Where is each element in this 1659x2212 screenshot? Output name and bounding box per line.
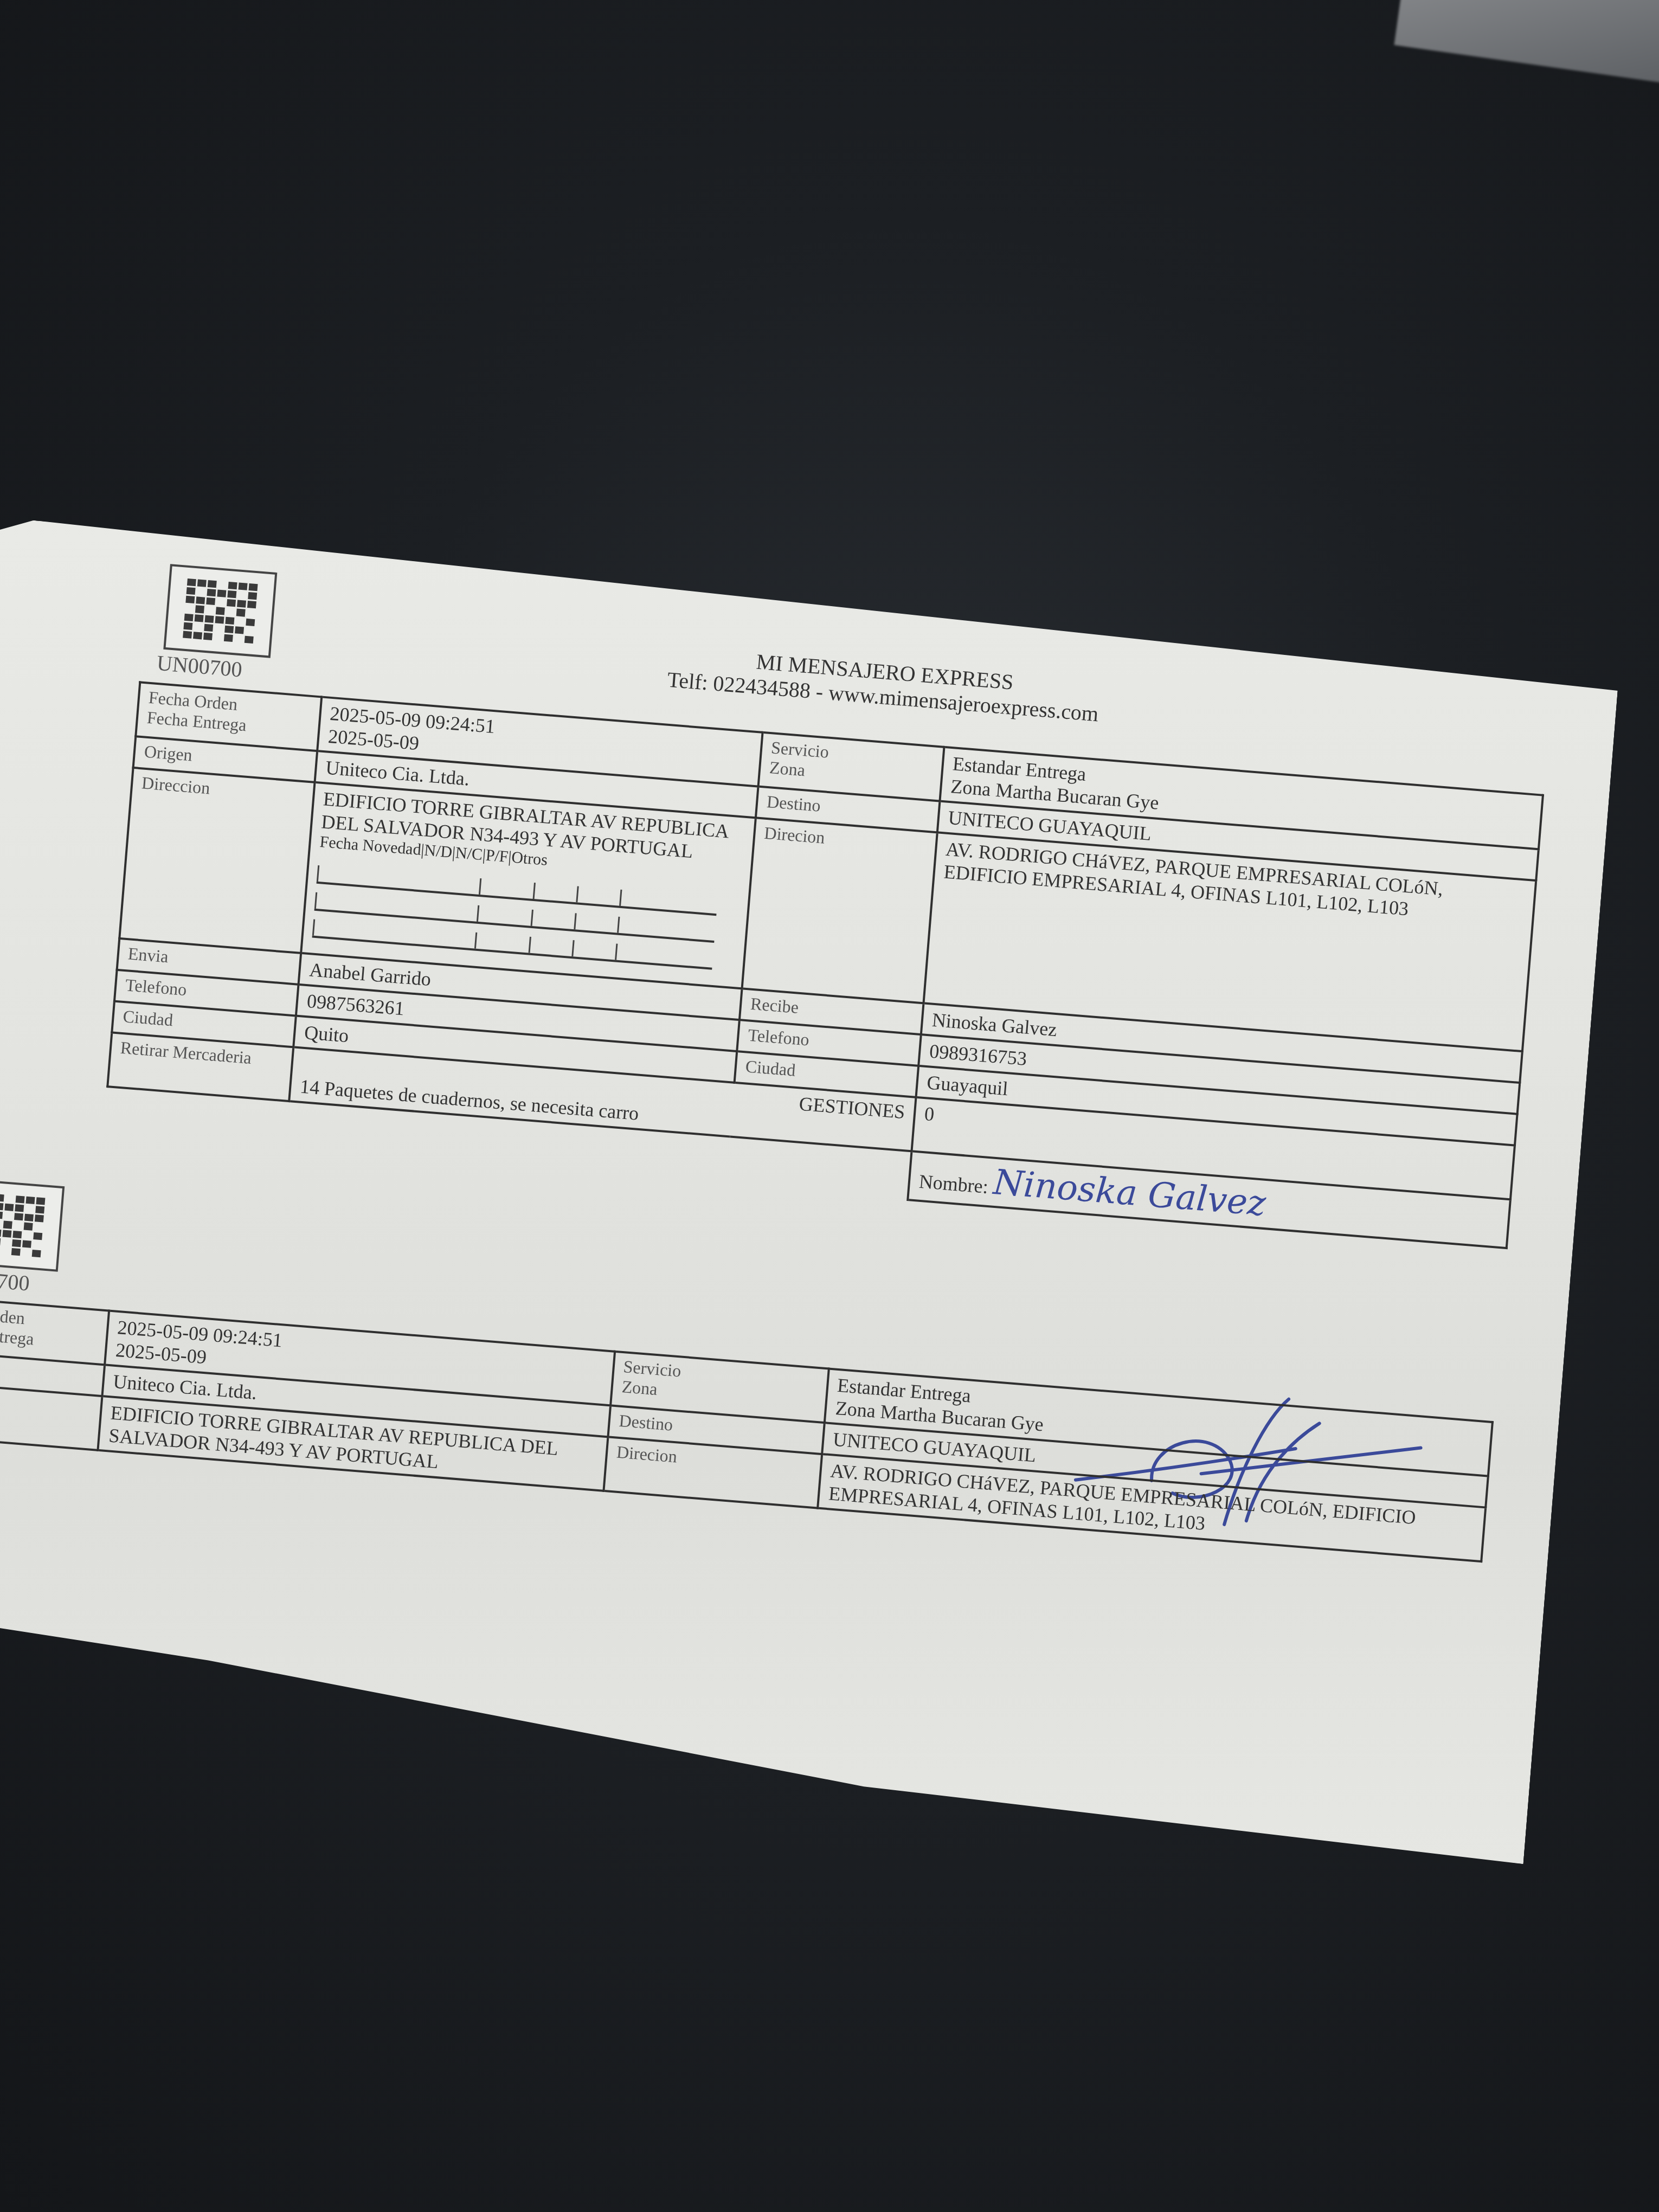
company-header: MI MENSAJERO EXPRESS Telf: 022434588 - w…: [584, 636, 1183, 734]
order-form-table: Fecha OrdenFecha Entrega 2025-05-09 09:2…: [102, 681, 1544, 1249]
delivery-slip-paper: UN00700 MI MENSAJERO EXPRESS Telf: 02243…: [0, 515, 1621, 1864]
slip-copy-1: UN00700 MI MENSAJERO EXPRESS Telf: 02243…: [105, 559, 1575, 677]
background-cloth: [1394, 0, 1659, 84]
order-id: UN00700: [156, 650, 243, 683]
qr-code-box-copy: [0, 1178, 65, 1271]
qr-code-icon: [0, 1192, 45, 1257]
label-direccion-destino: Direcion: [742, 818, 937, 1003]
value-direccion-origen: EDIFICIO TORRE GIBRALTAR AV REPUBLICA DE…: [301, 782, 756, 988]
order-form-table-copy: Fecha OrdenFecha Entrega 2025-05-09 09:2…: [0, 1295, 1494, 1563]
label-nombre: Nombre:: [918, 1171, 989, 1198]
qr-code-box: [163, 564, 277, 658]
qr-code-icon: [183, 578, 258, 644]
label-direccion-origen: Direccion: [119, 768, 314, 953]
label-fechas-copy: Fecha OrdenFecha Entrega: [0, 1296, 109, 1365]
